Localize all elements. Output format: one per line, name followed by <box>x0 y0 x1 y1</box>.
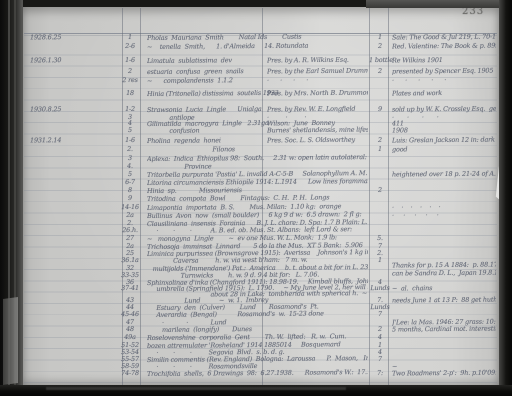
cell-note: can be Sandra D. L., Japan 19.8.1 ~ <box>392 270 496 278</box>
cell-count: 2 <box>369 187 391 194</box>
cell-registration-number: 1-6 <box>118 57 142 64</box>
cell-registration-number: 1-6 <box>118 137 142 144</box>
cell-locality: Pres. Soc. L. S. Oldsworthey <box>267 137 368 145</box>
cell-note: good <box>392 146 496 154</box>
cell-note: Thanks for p. 15 A 1884: p. 88.17.28.1 ~… <box>392 262 496 270</box>
cell-note: 1908 <box>392 127 496 135</box>
fore-edge-pages <box>3 297 18 385</box>
cell-note: 5 months, Cardinal mot. interesting: 10-… <box>392 326 496 334</box>
book-top-edge-pages <box>366 0 512 8</box>
cell-count: 9 <box>369 106 391 113</box>
cell-count: 1 <box>369 34 391 41</box>
bottom-edge-streak <box>46 387 346 390</box>
cell-registration-number: 2. <box>118 146 142 153</box>
cell-note: ~ al. chains <box>392 285 496 293</box>
cell-locality: Pres. by A. R. Wilkins Esq. <box>267 57 368 65</box>
cell-count: 1 <box>369 146 391 153</box>
cell-registration-number: 18 <box>118 90 142 97</box>
cell-count: 7: <box>369 370 391 377</box>
cell-registration-number: 74-78 <box>118 370 142 377</box>
cell-count: Lunds <box>369 285 391 292</box>
cell-locality: Pres. by Mrs. North B. Drummond dish <box>267 90 368 98</box>
cell-count: 2 <box>369 137 391 144</box>
cell-count: 1 bottle <box>369 57 391 64</box>
cell-registration-number: 2-6 <box>118 43 142 50</box>
cell-note: presented by Spencer Esq. 1905 <box>392 68 496 76</box>
cell-count: 7 <box>369 311 391 318</box>
cell-registration-number: 5 <box>118 127 142 134</box>
cell-date: 1928.6.25 <box>30 34 122 42</box>
cell-date: 1930.8.25 <box>30 106 122 114</box>
cell-note: Sale: The Good & Jul 219, L. 70-19 1875 <box>392 34 496 42</box>
cell-count: 2 <box>369 43 391 50</box>
cell-count: 2 <box>369 68 391 75</box>
cell-note: Re Wilkins 1901 <box>392 57 496 65</box>
cell-count: 1 <box>369 257 391 264</box>
scanned-register-photo: 1928.6.251Pholas Mauriana Smith Natal Id… <box>0 0 512 396</box>
cell-note: · · · · · <box>392 212 496 220</box>
cell-note: needs June 1 at 13 P: 88 get hutherford <box>392 297 496 305</box>
cell-registration-number: 2 res <box>118 77 142 84</box>
cell-note: · · · · · <box>392 77 496 85</box>
cell-registration-number: 2 <box>118 68 142 75</box>
cell-date: 1926.1.30 <box>30 57 122 65</box>
cell-registration-number: 37-41 <box>118 285 142 292</box>
cell-registration-number: 9 <box>118 195 142 202</box>
cell-note: · · · · · · <box>392 204 496 212</box>
cell-locality: Pres. by the Earl Samuel Drummond Smith,… <box>267 68 368 76</box>
cell-note: Two Roadmens' 2-p': 9h. p.10'09: by p.m. <box>392 370 496 378</box>
cell-note: Red. Valentine: The Book & p. 899 of 23.… <box>392 43 496 51</box>
book-right-edge <box>499 0 512 396</box>
cell-note: sold up by W. K. Crossley Esq. george St… <box>392 106 496 114</box>
cell-note: heightened over 18 p. 21-24 of A. R. w. … <box>392 171 496 179</box>
cell-note: Luis: Greslan Jackson 12 in: dark 7 in 9… <box>392 137 496 145</box>
cell-locality: Burnes' shetlandensis, mine lifestyle <box>267 127 368 135</box>
cell-registration-number: 1 <box>118 34 142 41</box>
cell-date: 1931.2.14 <box>30 137 122 145</box>
cell-count: 7 <box>369 356 391 363</box>
cell-note: Plates and work <box>392 90 496 98</box>
cell-locality: · · · · <box>267 77 368 85</box>
